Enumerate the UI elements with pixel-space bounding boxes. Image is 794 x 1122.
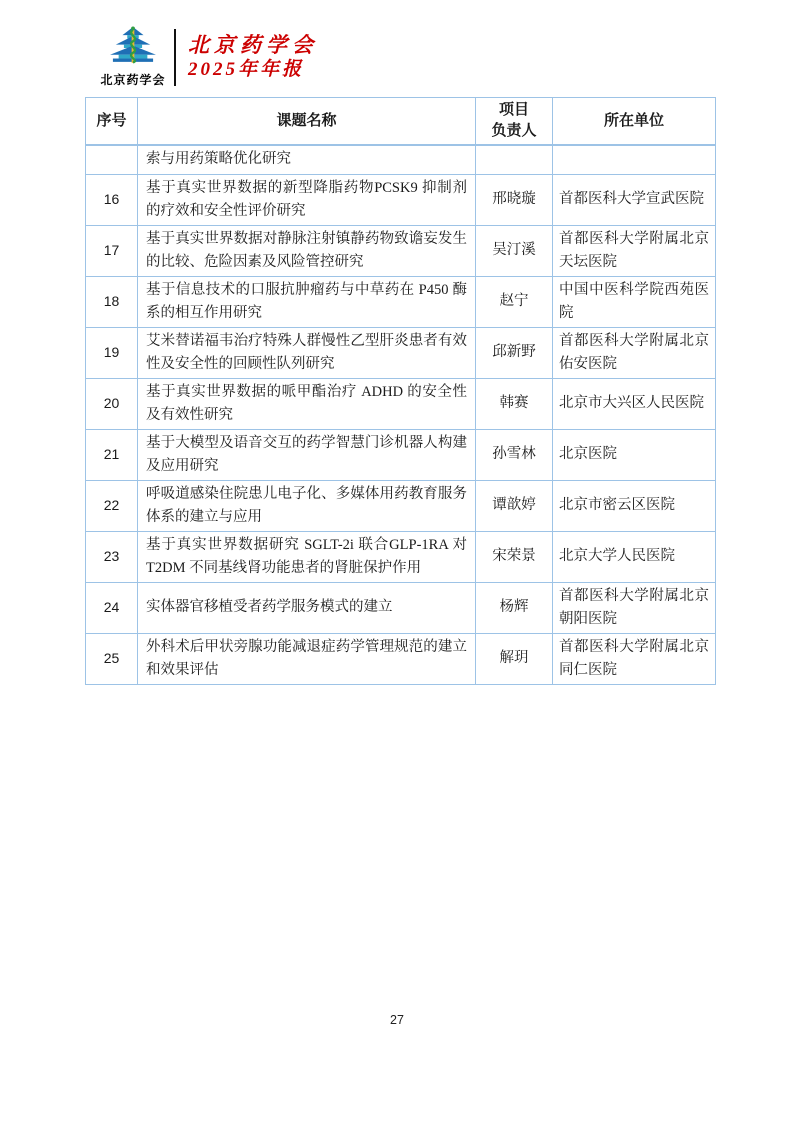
table-row: 23 基于真实世界数据研究 SGLT-2i 联合GLP-1RA 对 T2DM 不…: [86, 531, 716, 582]
col-header-organization: 所在单位: [553, 98, 716, 146]
table-header-row: 序号 课题名称 项目 负责人 所在单位: [86, 98, 716, 146]
organization: 北京大学人民医院: [553, 531, 716, 582]
table-row: 19 艾米替诺福韦治疗特殊人群慢性乙型肝炎患者有效性及安全性的回顾性队列研究 邱…: [86, 327, 716, 378]
organization: 北京市密云区医院: [553, 480, 716, 531]
project-leader: 解玥: [476, 633, 553, 684]
project-leader: 杨辉: [476, 582, 553, 633]
report-title-org: 北京药学会: [188, 32, 318, 58]
project-leader: [476, 145, 553, 174]
project-title: 基于真实世界数据对静脉注射镇静药物致谵妄发生的比较、危险因素及风险管控研究: [138, 225, 476, 276]
project-title: 索与用药策略优化研究: [138, 145, 476, 174]
page-number: 27: [0, 1013, 794, 1027]
project-leader: 赵宁: [476, 276, 553, 327]
project-title: 基于真实世界数据研究 SGLT-2i 联合GLP-1RA 对 T2DM 不同基线…: [138, 531, 476, 582]
logo-org-name: 北京药学会: [100, 71, 165, 88]
row-index: 23: [86, 531, 138, 582]
row-index: 17: [86, 225, 138, 276]
organization: 首都医科大学附属北京同仁医院: [553, 633, 716, 684]
col-header-title: 课题名称: [138, 98, 476, 146]
report-title-year: 2025年年报: [188, 58, 318, 82]
row-index: 24: [86, 582, 138, 633]
row-index: 16: [86, 174, 138, 225]
col-header-leader: 项目 负责人: [476, 98, 553, 146]
project-leader: 韩赛: [476, 378, 553, 429]
project-title: 基于大模型及语音交互的药学智慧门诊机器人构建及应用研究: [138, 429, 476, 480]
row-index: 25: [86, 633, 138, 684]
project-leader: 宋荣景: [476, 531, 553, 582]
table-row: 21 基于大模型及语音交互的药学智慧门诊机器人构建及应用研究 孙雪林 北京医院: [86, 429, 716, 480]
row-index: 20: [86, 378, 138, 429]
col-header-index: 序号: [86, 98, 138, 146]
project-title: 外科术后甲状旁腺功能减退症药学管理规范的建立和效果评估: [138, 633, 476, 684]
table-row: 24 实体器官移植受者药学服务模式的建立 杨辉 首都医科大学附属北京朝阳医院: [86, 582, 716, 633]
project-leader: 孙雪林: [476, 429, 553, 480]
row-index: [86, 145, 138, 174]
row-index: 22: [86, 480, 138, 531]
association-logo: 北京药学会: [100, 26, 166, 88]
organization: 首都医科大学附属北京朝阳医院: [553, 582, 716, 633]
table-row: 16 基于真实世界数据的新型降脂药物PCSK9 抑制剂的疗效和安全性评价研究 邢…: [86, 174, 716, 225]
project-title: 艾米替诺福韦治疗特殊人群慢性乙型肝炎患者有效性及安全性的回顾性队列研究: [138, 327, 476, 378]
pagoda-caduceus-icon: [104, 26, 162, 70]
table-row: 25 外科术后甲状旁腺功能减退症药学管理规范的建立和效果评估 解玥 首都医科大学…: [86, 633, 716, 684]
project-leader: 吴汀溪: [476, 225, 553, 276]
project-leader: 谭歆婷: [476, 480, 553, 531]
page-header: 北京药学会 北京药学会 2025年年报: [100, 26, 318, 88]
row-index: 18: [86, 276, 138, 327]
table-row: 18 基于信息技术的口服抗肿瘤药与中草药在 P450 酶系的相互作用研究 赵宁 …: [86, 276, 716, 327]
table-row: 20 基于真实世界数据的哌甲酯治疗 ADHD 的安全性及有效性研究 韩赛 北京市…: [86, 378, 716, 429]
organization: 中国中医科学院西苑医院: [553, 276, 716, 327]
project-title: 基于信息技术的口服抗肿瘤药与中草药在 P450 酶系的相互作用研究: [138, 276, 476, 327]
project-title: 基于真实世界数据的哌甲酯治疗 ADHD 的安全性及有效性研究: [138, 378, 476, 429]
organization: 首都医科大学宣武医院: [553, 174, 716, 225]
header-divider: [174, 29, 176, 86]
project-title: 实体器官移植受者药学服务模式的建立: [138, 582, 476, 633]
research-projects-table: 序号 课题名称 项目 负责人 所在单位 索与用药策略优化研究 16 基于真实世界…: [85, 97, 716, 685]
table-row: 索与用药策略优化研究: [86, 145, 716, 174]
project-title: 基于真实世界数据的新型降脂药物PCSK9 抑制剂的疗效和安全性评价研究: [138, 174, 476, 225]
organization: [553, 145, 716, 174]
project-title: 呼吸道感染住院患儿电子化、多媒体用药教育服务体系的建立与应用: [138, 480, 476, 531]
row-index: 19: [86, 327, 138, 378]
organization: 北京市大兴区人民医院: [553, 378, 716, 429]
organization: 北京医院: [553, 429, 716, 480]
row-index: 21: [86, 429, 138, 480]
table-row: 17 基于真实世界数据对静脉注射镇静药物致谵妄发生的比较、危险因素及风险管控研究…: [86, 225, 716, 276]
organization: 首都医科大学附属北京佑安医院: [553, 327, 716, 378]
table-row: 22 呼吸道感染住院患儿电子化、多媒体用药教育服务体系的建立与应用 谭歆婷 北京…: [86, 480, 716, 531]
project-leader: 邢晓璇: [476, 174, 553, 225]
organization: 首都医科大学附属北京天坛医院: [553, 225, 716, 276]
project-leader: 邱新野: [476, 327, 553, 378]
report-title: 北京药学会 2025年年报: [182, 26, 318, 88]
